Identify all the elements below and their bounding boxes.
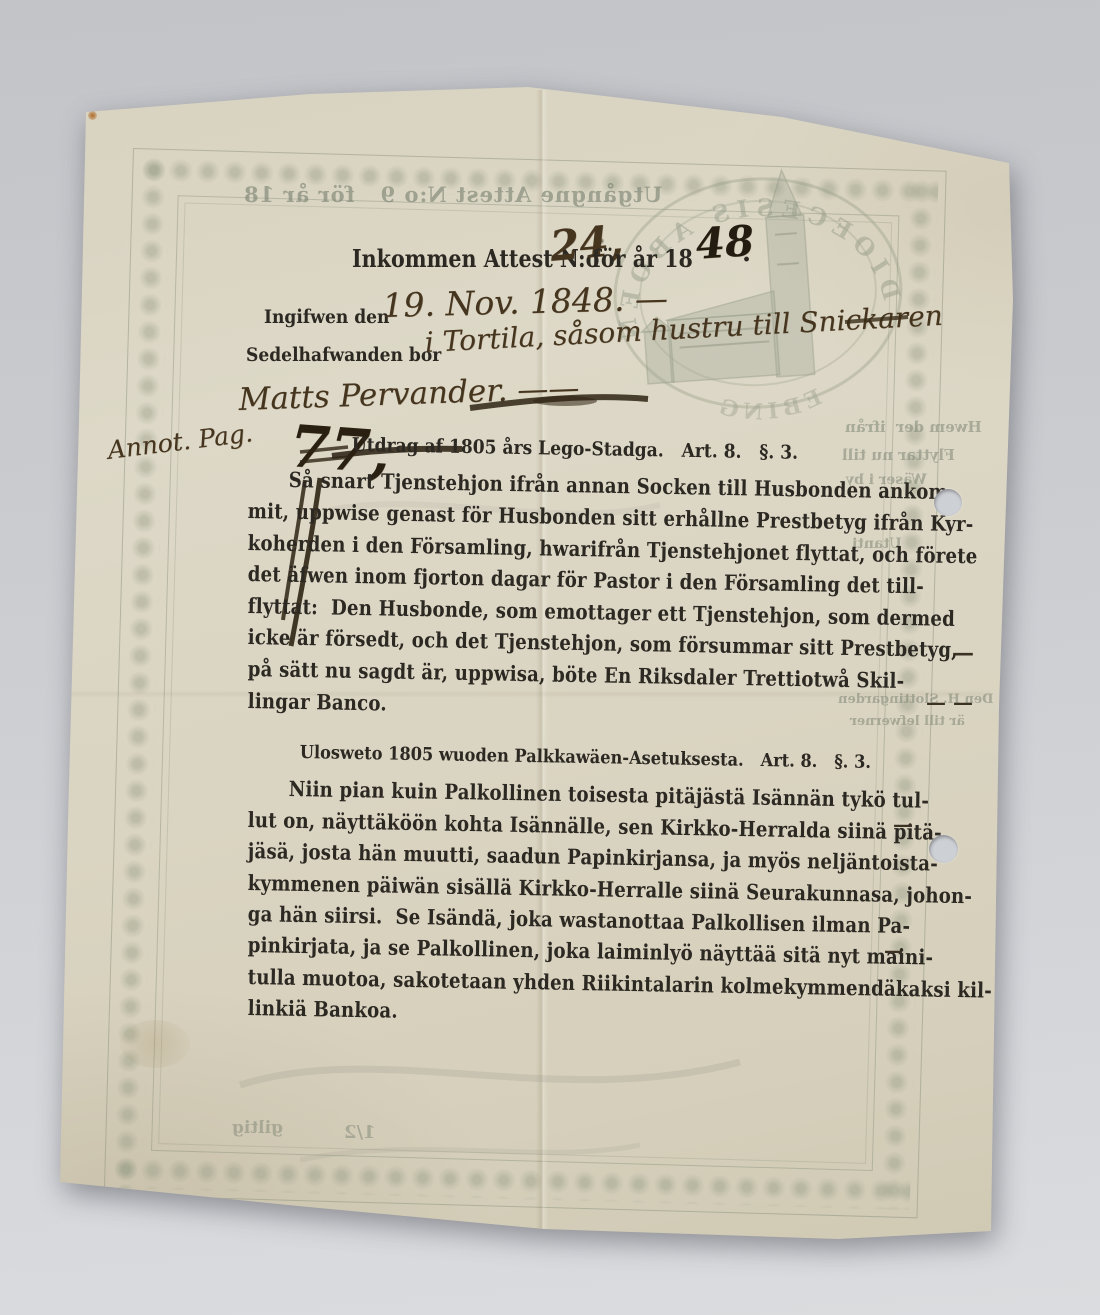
bleedthrough-text: är till lefwerner xyxy=(850,714,965,729)
margin-dash: — xyxy=(884,940,903,962)
foxing-speck xyxy=(1014,284,1021,291)
received-label: Ingifwen den xyxy=(264,306,390,328)
paper-shadow: DIOECESIS ABOENSIS EBING Utgångne Attest… xyxy=(0,0,1100,1315)
bleedthrough-text: Flyttar nu till xyxy=(842,446,955,464)
rust-spot xyxy=(88,111,97,120)
punch-hole xyxy=(934,489,962,516)
bleedthrough-text: Utgångne Attest N:o 9 för år 18 xyxy=(243,182,662,207)
margin-dash: — — xyxy=(926,690,973,714)
faint-stain xyxy=(120,1020,190,1068)
margin-dash: — xyxy=(893,812,913,836)
photo-scene: DIOECESIS ABOENSIS EBING Utgångne Attest… xyxy=(0,0,1100,1315)
swedish-line: lingar Banco. xyxy=(248,688,388,716)
holder-label: Sedelhafwanden bor xyxy=(246,344,441,366)
bleedthrough-text: Hwem der ifrån xyxy=(845,418,982,436)
punch-hole xyxy=(929,835,958,863)
margin-dash: — xyxy=(952,640,974,666)
foxing-spot xyxy=(1040,180,1052,190)
title-period: . xyxy=(742,238,751,268)
paper-sheet: DIOECESIS ABOENSIS EBING Utgångne Attest… xyxy=(0,0,1100,1315)
bleedthrough-text: 1/2 xyxy=(344,1122,376,1143)
bleedthrough-text: giltig xyxy=(232,1118,283,1138)
finnish-line: linkiä Bankoa. xyxy=(248,995,399,1023)
title-mid: för år 18 xyxy=(592,244,693,273)
